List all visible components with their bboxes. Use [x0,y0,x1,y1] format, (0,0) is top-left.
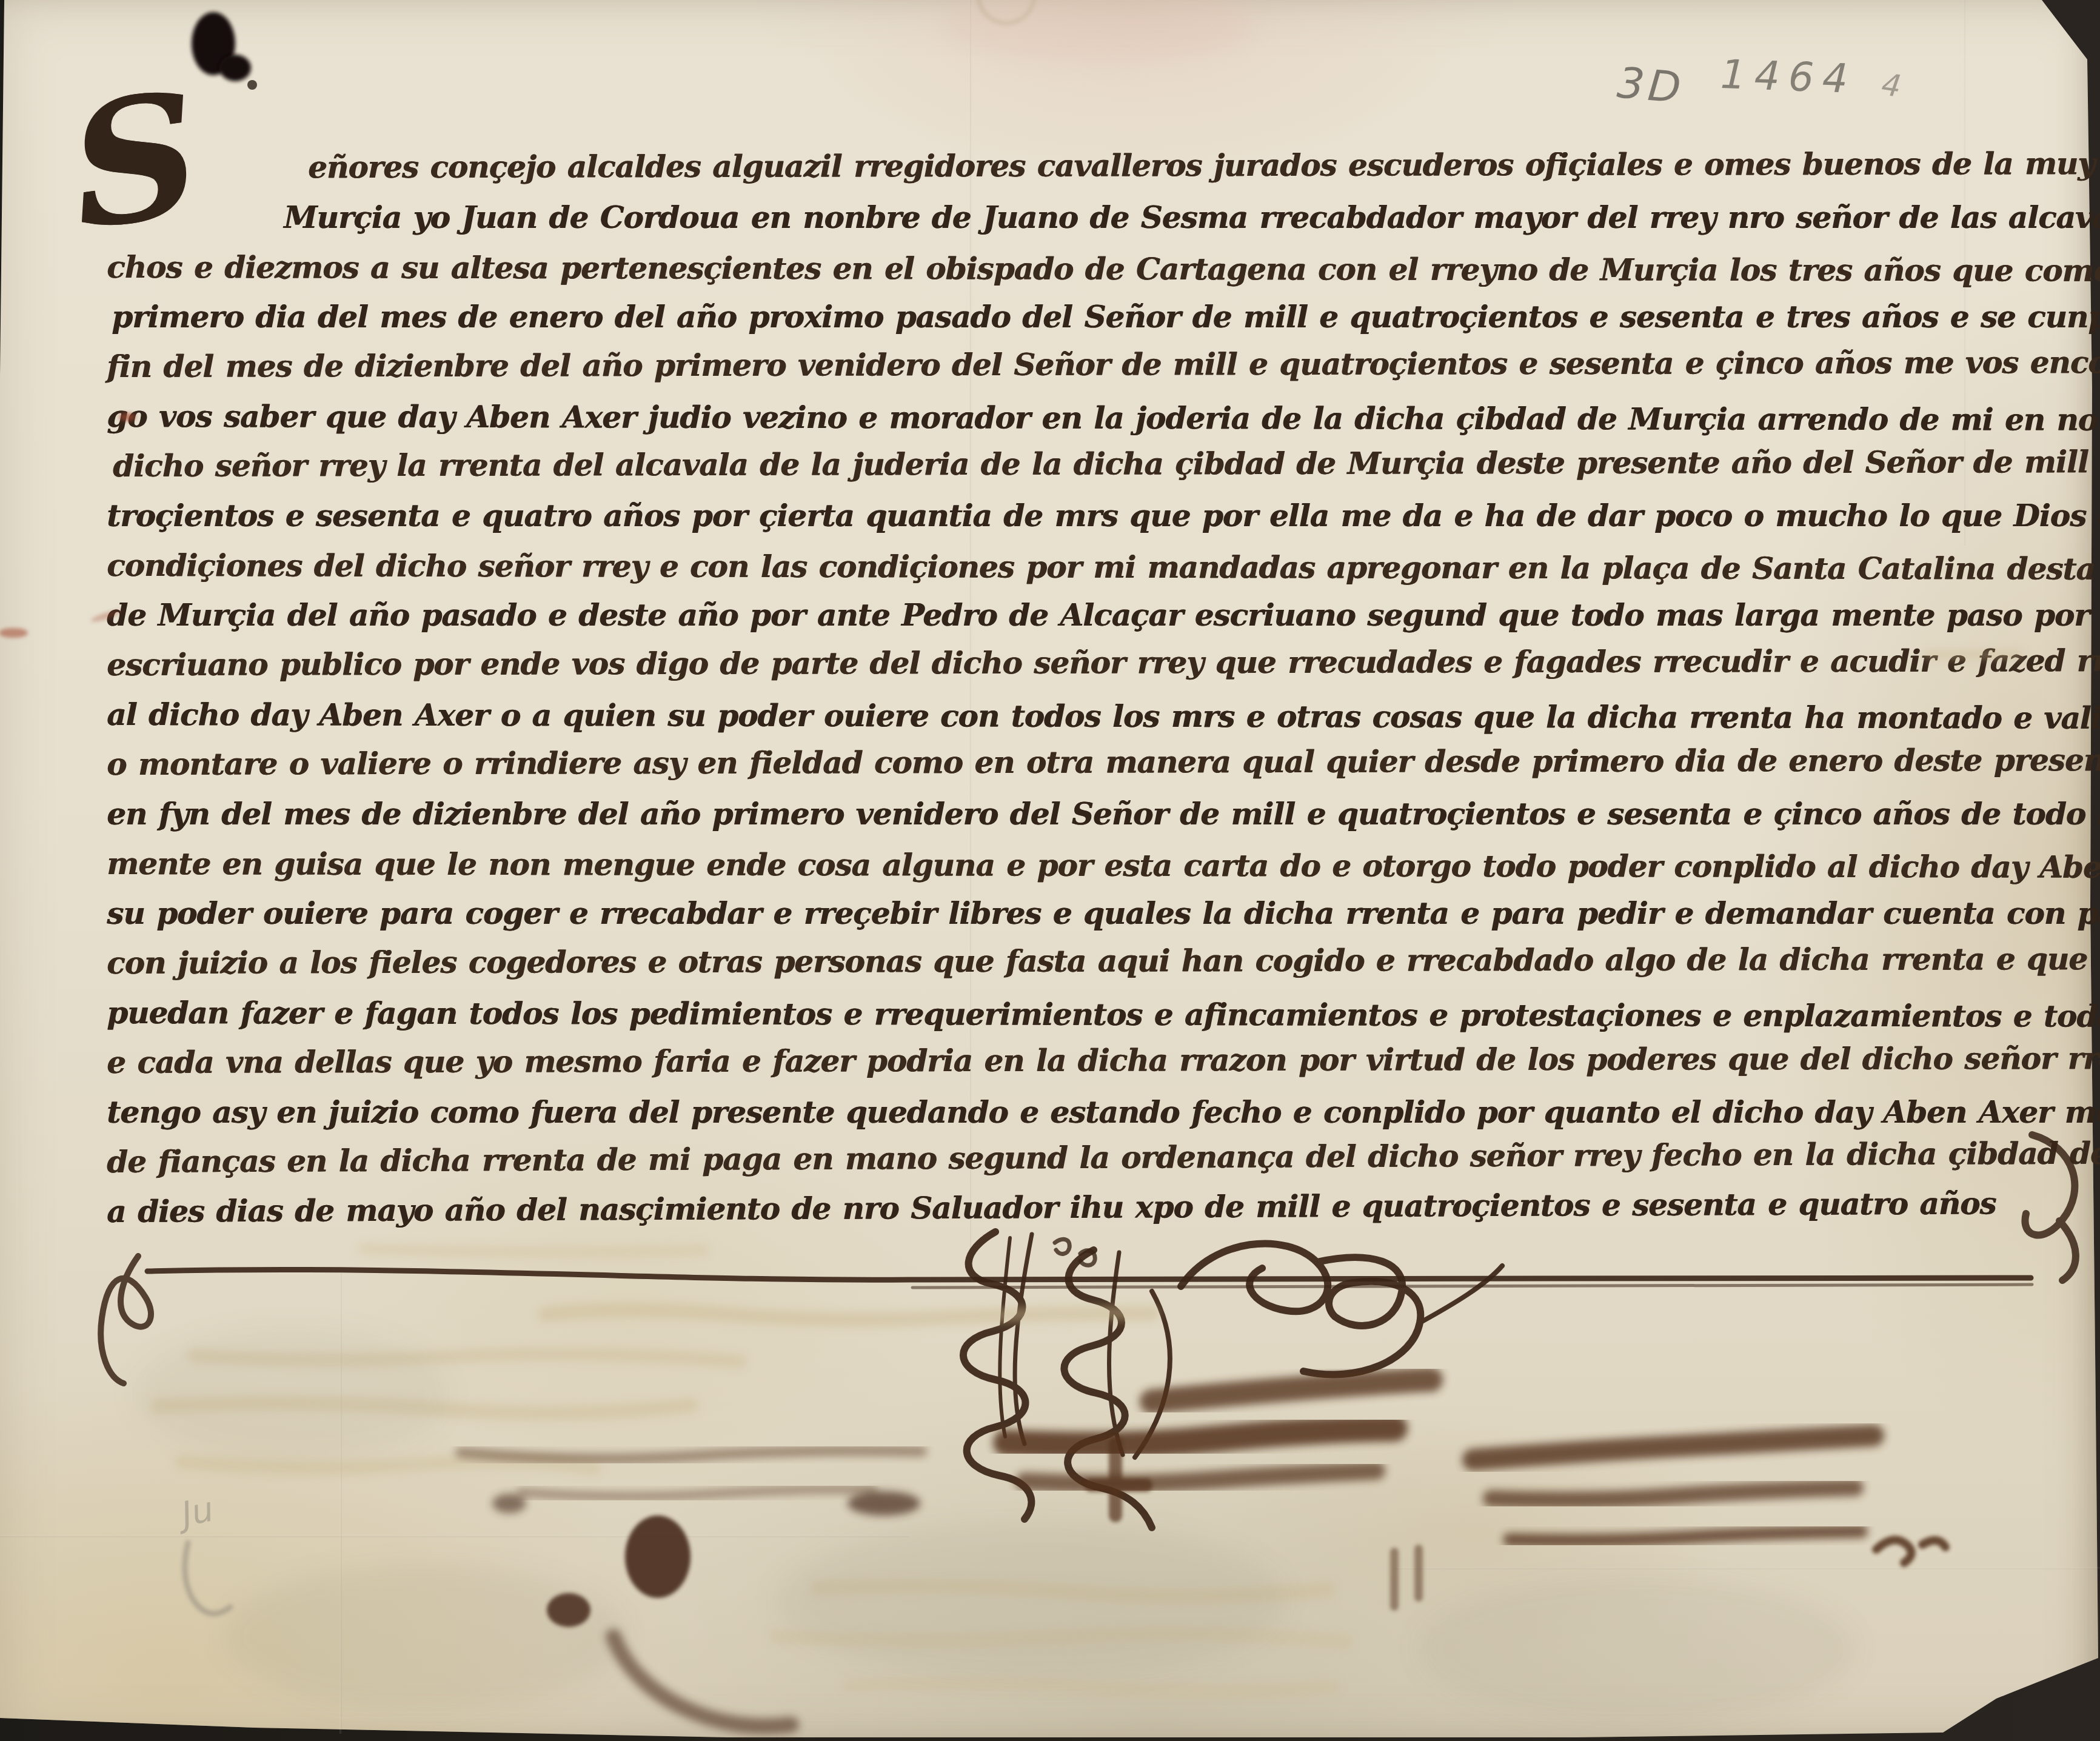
red-flecks [0,413,136,638]
ink-blot-top [192,12,257,90]
top-edge-ring-stain [940,0,1255,63]
ink-hook-smear [614,1637,791,1726]
olive-mottle [133,1328,1855,1722]
manuscript-scan: S eñores conçejo alcaldes alguazil rregi… [0,0,2100,1741]
stains-layer [0,0,2100,1741]
